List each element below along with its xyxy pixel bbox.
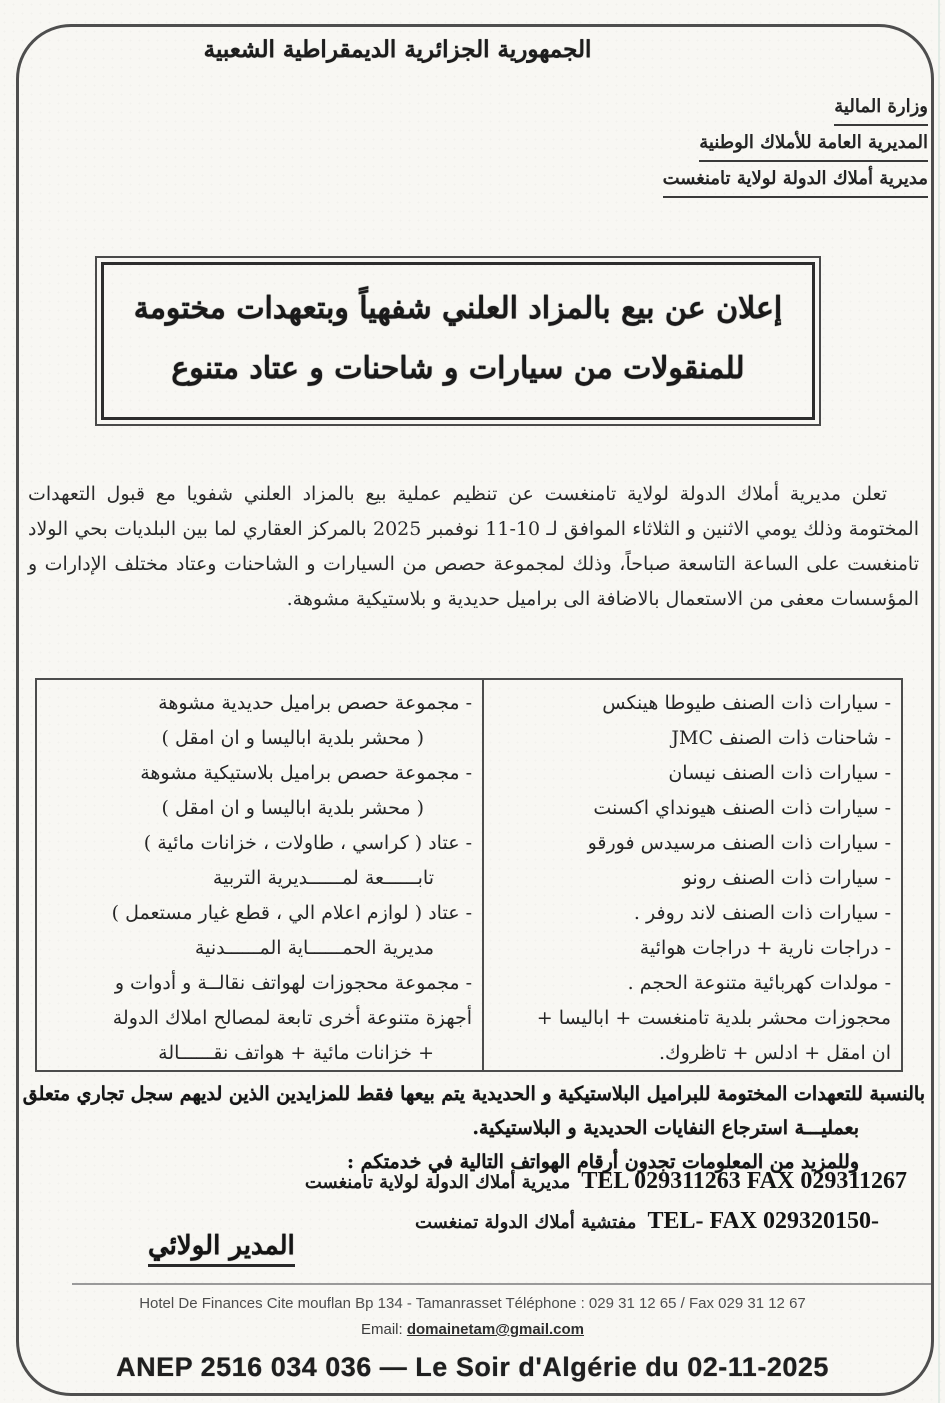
ministry-line-finance: وزارة المالية [834,90,928,126]
item-line: - سيارات ذات الصنف رونو [490,861,891,896]
ministry-block: وزارة المالية المديرية العامة للأملاك ال… [663,90,928,198]
footer-email: domainetam@gmail.com [407,1321,584,1338]
note-line-2: بعمليـــة استرجاع النفايات الحديدية و ال… [22,1111,925,1145]
item-line: - دراجات نارية + دراجات هوائية [490,931,891,966]
item-line: + خزانات مائية + هواتف نقــــــالة [43,1036,472,1071]
item-line: - سيارات ذات الصنف طيوطا هينكس [490,686,891,721]
footer-address: Hotel De Finances Cite mouflan Bp 134 - … [0,1291,945,1317]
announcement-title-box: إعلان عن بيع بالمزاد العلني شفهياً وبتعه… [95,256,821,426]
contact-label: مديرية أملاك الدولة لولاية تامنغست [305,1172,570,1193]
item-line: - مجموعة حصص براميل بلاستيكية مشوهة [43,756,472,791]
items-table: - مجموعة حصص براميل حديدية مشوهة ( محشر … [35,678,903,1072]
item-line: تابــــــعة لمــــــديرية التربية [43,861,472,896]
contact-phone-numbers: TEL 029311263 FAX 029311267 [581,1168,907,1194]
item-line: - مولدات كهربائية متنوعة الحجم . [490,966,891,1001]
item-line: - عتاد ( كراسي ، طاولات ، خزانات مائية ) [43,826,472,861]
ministry-line-national-domains: المديرية العامة للأملاك الوطنية [699,126,928,162]
footer-block: Hotel De Finances Cite mouflan Bp 134 - … [0,1291,945,1343]
item-line: مديرية الحمــــــاية المــــــدنية [43,931,472,966]
item-line: - شاحنات ذات الصنف JMC [490,721,891,756]
scanner-streak-artifact [938,0,940,1403]
title-line-1: إعلان عن بيع بالمزاد العلني شفهياً وبتعه… [112,279,804,339]
contact-phone-numbers: TEL- FAX 029320150- [647,1208,879,1234]
items-column-left: - مجموعة حصص براميل حديدية مشوهة ( محشر … [37,680,484,1070]
item-line: - عتاد ( لوازم اعلام الي ، قطع غيار مستع… [43,896,472,931]
anep-reference-line: ANEP 2516 034 036 — Le Soir d'Algérie du… [0,1352,945,1383]
contact-label: مفتشية أملاك الدولة تمنغست [415,1212,636,1233]
ministry-line-state-domains-wilaya: مديرية أملاك الدولة لولاية تامنغست [663,162,928,198]
item-line: أجهزة متنوعة أخرى تابعة لمصالح املاك الد… [43,1001,472,1036]
item-line: محجوزات محشر بلدية تامنغست + اباليسا + [490,1001,891,1036]
director-signature: المدير الولائي [148,1231,295,1267]
item-line: - سيارات ذات الصنف مرسيدس فورقو [490,826,891,861]
item-line: ( محشر بلدية اباليسا و ان امقل ) [43,721,472,756]
scanned-announcement-page: الجمهورية الجزائرية الديمقراطية الشعبية … [0,0,945,1403]
item-line: - سيارات ذات الصنف هيونداي اكسنت [490,791,891,826]
item-line: - مجموعة حصص براميل حديدية مشوهة [43,686,472,721]
item-line: ان امقل + ادلس + تاظروك. [490,1036,891,1071]
item-line: ( محشر بلدية اباليسا و ان امقل ) [43,791,472,826]
announcement-title-inner-border: إعلان عن بيع بالمزاد العلني شفهياً وبتعه… [101,262,815,420]
items-column-right: - سيارات ذات الصنف طيوطا هينكس - شاحنات … [484,680,901,1070]
title-line-2: للمنقولات من سيارات و شاحنات و عتاد متنو… [112,339,804,399]
contacts-block: مديرية أملاك الدولة لولاية تامنغست TEL 0… [60,1162,907,1242]
item-line: - سيارات ذات الصنف لاند روفر . [490,896,891,931]
contact-line-directorate: مديرية أملاك الدولة لولاية تامنغست TEL 0… [60,1162,907,1202]
note-line-1: بالنسبة للتعهدات المختومة للبراميل البلا… [22,1077,925,1111]
intro-paragraph: تعلن مديرية أملاك الدولة لولاية تامنغست … [28,477,919,617]
item-line: - سيارات ذات الصنف نيسان [490,756,891,791]
email-label: Email: [361,1321,403,1338]
republic-header: الجمهورية الجزائرية الديمقراطية الشعبية [0,36,795,63]
footer-email-line: Email: domainetam@gmail.com [0,1317,945,1343]
item-line: - مجموعة محجوزات لهواتف نقالــة و أدوات … [43,966,472,1001]
footer-separator-line [72,1283,931,1285]
